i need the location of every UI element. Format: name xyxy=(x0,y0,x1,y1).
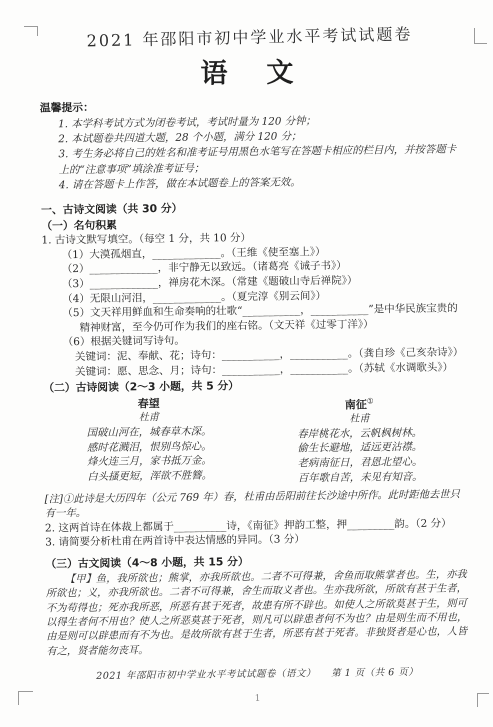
tip-item-3: 3. 考生务必将自己的姓名和准考证号用黑色水笔写在答题卡相应的栏目内，并按答题卡… xyxy=(58,143,461,178)
exam-paper-page: 2021 年邵阳市初中学业水平考试试题卷 语 文 温馨提示： 1. 本学科考试方… xyxy=(0,0,493,727)
poem-chunwang: 春望 杜甫 国破山河在，城春草木深。 感时花溅泪，恨别鸟惊心。 烽火连三月，家书… xyxy=(43,395,255,489)
page-title: 2021 年邵阳市初中学业水平考试试题卷 xyxy=(39,21,460,53)
poem-nanzheng-title: 南征① xyxy=(254,393,465,414)
poem-line: 白头搔更短，浑欲不胜簪。 xyxy=(44,468,255,485)
page-footer: 2021 年邵阳市初中学业水平考试试题卷（语文） 第 1 页（共 6 页） xyxy=(47,663,468,682)
poems-row: 春望 杜甫 国破山河在，城春草木深。 感时花溅泪，恨别鸟惊心。 烽火连三月，家书… xyxy=(43,393,465,489)
poem-nanzheng: 南征① 杜甫 春岸桃花水，云帆枫树林。 偷生长避地，适远更沾襟。 老病南征日，君… xyxy=(254,393,466,487)
page-content: 2021 年邵阳市初中学业水平考试试题卷 语 文 温馨提示： 1. 本学科考试方… xyxy=(0,0,493,707)
page-number: 1 xyxy=(47,691,468,706)
classical-passage-jia: 【甲】鱼，我所欲也；熊掌，亦我所欲也。二者不可得兼，舍鱼而取熊掌者也。生，亦我所… xyxy=(46,569,468,660)
subject-title: 语 文 xyxy=(39,48,460,92)
poem-note-superscript: ① xyxy=(367,397,374,406)
poem-line: 百年歌自苦，未见有知音。 xyxy=(255,469,466,486)
tips-block: 温馨提示： 1. 本学科考试方式为闭卷考试，考试时量为 120 分钟； 2. 本… xyxy=(40,95,462,193)
poem-nanzheng-title-text: 南征 xyxy=(345,398,367,411)
